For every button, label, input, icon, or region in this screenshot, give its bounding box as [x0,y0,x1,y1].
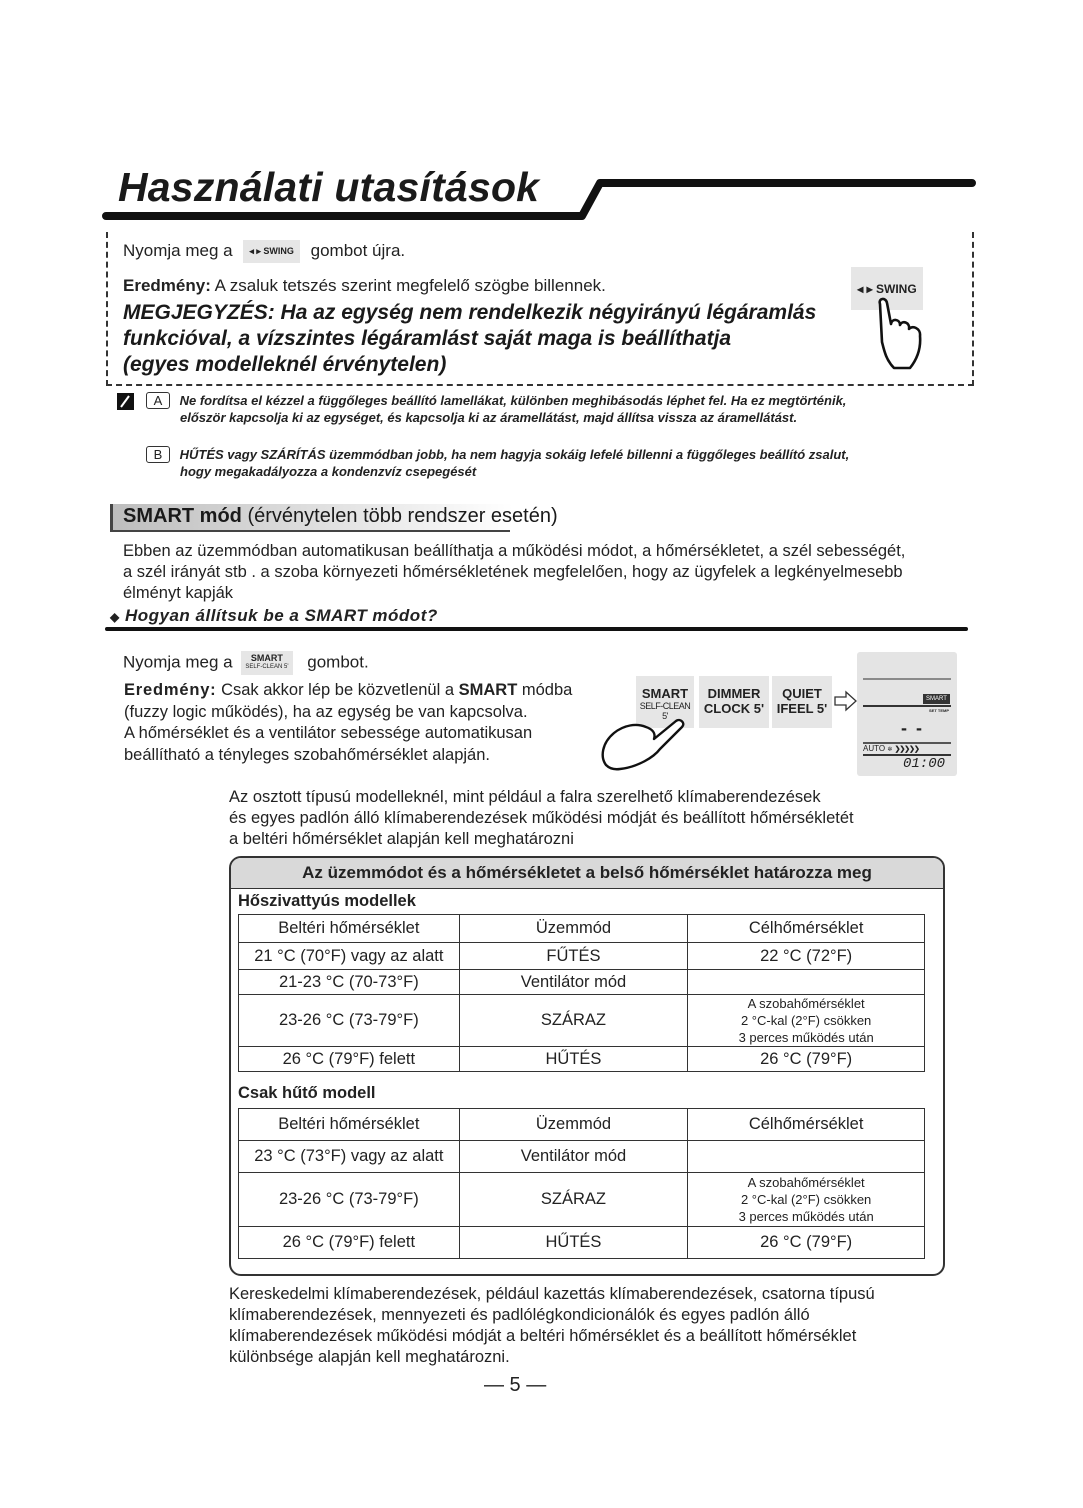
table-cell: Üzemmód [459,1109,688,1141]
lcd-smart-badge: SMART [923,694,950,704]
split-model-text: Az osztott típusú modelleknél, mint péld… [229,787,854,850]
table-row: 23-26 °C (73-79°F)SZÁRAZA szobahőmérsékl… [239,995,925,1047]
heat-pump-table: Beltéri hőmérsékletÜzemmódCélhőmérséklet… [238,914,925,1072]
swing-button-icon: ◂ ▸ SWING [243,240,300,263]
commercial-text: Kereskedelmi klímaberendezések, például … [229,1284,875,1368]
table-row: 26 °C (79°F) felettHŰTÉS26 °C (79°F) [239,1227,925,1259]
smart-heading-underline [110,530,510,532]
remote-dimmer-button: DIMMER CLOCK 5' [699,676,769,728]
swing-note: MEGJEGYZÉS: Ha az egység nem rendelkezik… [123,300,816,378]
table-cell: Beltéri hőmérséklet [239,1109,460,1141]
smart-button-icon: SMART SELF-CLEAN 5' [241,651,292,675]
swing-press-line: Nyomja meg a ◂ ▸ SWING gombot újra. [123,240,405,263]
table-row: 26 °C (79°F) felettHŰTÉS26 °C (79°F) [239,1047,925,1072]
table-cell: SZÁRAZ [459,995,688,1047]
table-cell: FŰTÉS [459,943,688,970]
table-cell: Célhőmérséklet [688,1109,925,1141]
smart-subheading: ◆ Hogyan állítsuk be a SMART módot? [110,606,438,626]
table-cell: 26 °C (79°F) [688,1047,925,1072]
subheading-rule [105,627,968,631]
table-cell: A szobahőmérséklet2 °C-kal (2°F) csökken… [688,1173,925,1227]
table-cell: 26 °C (79°F) [688,1227,925,1259]
smart-intro: Ebben az üzemmódban automatikusan beállí… [123,541,905,604]
lcd-timer: 01:00 [903,756,945,772]
table-cell: Célhőmérséklet [688,915,925,943]
table-cell: Ventilátor mód [459,970,688,995]
smart-heading: SMART mód (érvénytelen több rendszer ese… [123,505,558,528]
cooling-only-label: Csak hűtő modell [238,1084,376,1103]
hint-letter: A [146,392,170,409]
remote-quiet-button: QUIET IFEEL 5' [772,676,832,728]
table-cell: Ventilátor mód [459,1141,688,1173]
table-cell: A szobahőmérséklet2 °C-kal (2°F) csökken… [688,995,925,1047]
diamond-bullet-icon: ◆ [110,610,120,624]
lcd-temp: - - [901,718,924,739]
lcd-display: SMART SET TEMP - - AUTO ✲ ❯❯❯❯❯ 01:00 [857,652,957,776]
table-cell: 26 °C (79°F) felett [239,1227,460,1259]
fan-icon: ✲ [887,747,892,753]
mode-table-title: Az üzemmódot és a hőmérsékletet a belső … [231,858,943,889]
swing-result-line: Eredmény: A zsaluk tetszés szerint megfe… [123,276,606,296]
table-cell: 23-26 °C (73-79°F) [239,995,460,1047]
hint-a: A Ne fordítsa el kézzel a függőleges beá… [146,392,846,426]
hint-b: B HŰTÉS vagy SZÁRÍTÁS üzemmódban jobb, h… [146,446,849,480]
table-cell: 21 °C (70°F) vagy az alatt [239,943,460,970]
heat-pump-label: Hőszivattyús modellek [238,892,416,911]
table-cell: 22 °C (72°F) [688,943,925,970]
page-title: Használati utasítások [118,164,539,211]
hand-pointer-icon [870,296,930,372]
table-row: 21-23 °C (70-73°F)Ventilátor mód [239,970,925,995]
smart-result: Eredmény: Csak akkor lép be közvetlenül … [124,680,572,766]
table-cell: 23-26 °C (73-79°F) [239,1173,460,1227]
hint-letter: B [146,446,170,463]
hand-pressing-icon [598,715,688,771]
lcd-fan: AUTO ✲ ❯❯❯❯❯ [863,744,919,753]
table-cell: 26 °C (79°F) felett [239,1047,460,1072]
table-cell: HŰTÉS [459,1047,688,1072]
table-row: 23 °C (73°F) vagy az alattVentilátor mód [239,1141,925,1173]
table-header-row: Beltéri hőmérsékletÜzemmódCélhőmérséklet [239,1109,925,1141]
table-row: 23-26 °C (73-79°F)SZÁRAZA szobahőmérsékl… [239,1173,925,1227]
pencil-note-icon [117,393,134,410]
page-number: — 5 — [484,1374,546,1397]
mode-table-frame: Az üzemmódot és a hőmérsékletet a belső … [229,856,945,1276]
smart-press-line: Nyomja meg a SMART SELF-CLEAN 5' gombot. [123,651,369,675]
table-cell: 21-23 °C (70-73°F) [239,970,460,995]
table-cell: 23 °C (73°F) vagy az alatt [239,1141,460,1173]
table-row: 21 °C (70°F) vagy az alattFŰTÉS22 °C (72… [239,943,925,970]
table-cell [688,970,925,995]
table-cell: SZÁRAZ [459,1173,688,1227]
cooling-only-table: Beltéri hőmérsékletÜzemmódCélhőmérséklet… [238,1108,925,1259]
table-cell: HŰTÉS [459,1227,688,1259]
table-cell: Beltéri hőmérséklet [239,915,460,943]
table-cell: Üzemmód [459,915,688,943]
table-header-row: Beltéri hőmérsékletÜzemmódCélhőmérséklet [239,915,925,943]
arrow-right-icon [834,690,858,712]
table-cell [688,1141,925,1173]
